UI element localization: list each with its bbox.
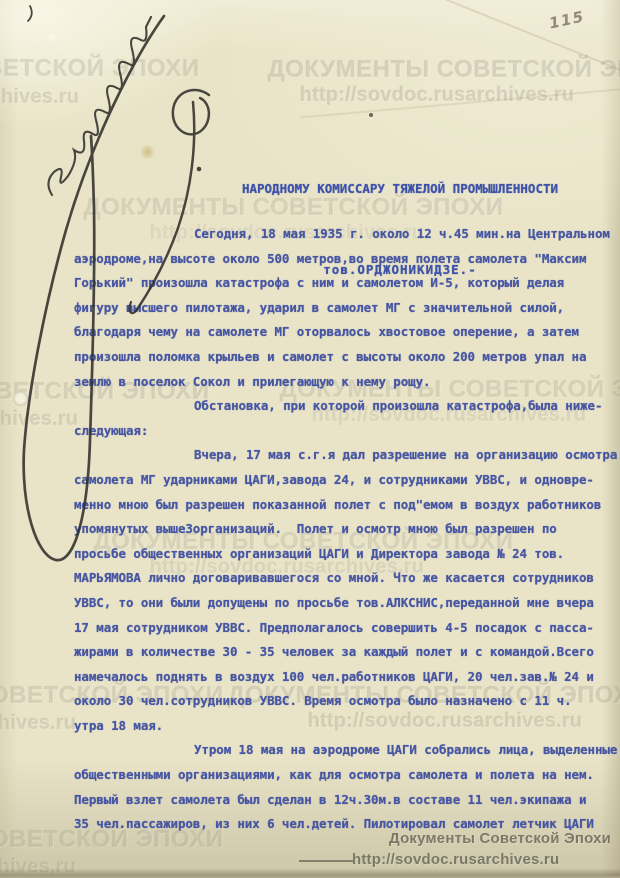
recipient-line: НАРОДНОМУ КОМИССАРУ ТЯЖЕЛОЙ ПРОМЫШЛЕННОС… bbox=[140, 175, 620, 202]
typed-line: Утром 18 мая на аэродроме ЦАГИ собрались… bbox=[74, 738, 618, 763]
typed-line: Обстановка, при которой произошла катаст… bbox=[74, 394, 618, 419]
typed-line: землю в поселок Сокол и прилегающую к не… bbox=[74, 370, 618, 395]
ink-speck bbox=[369, 113, 373, 117]
watermark-url: http://sovdoc.rusarchives.ru bbox=[0, 408, 79, 431]
watermark-url: http://sovdoc.rusarchives.ru bbox=[0, 712, 77, 735]
typed-line: благодаря чему на самолете МГ оторвалось… bbox=[74, 320, 618, 345]
typed-line: следующая: bbox=[74, 419, 618, 444]
scan-edge-shadow bbox=[0, 868, 620, 878]
typed-line: Сегодня, 18 мая 1935 г. около 12 ч.45 ми… bbox=[74, 222, 618, 247]
footer-watermark-url: http://sovdoc.rusarchives.ru bbox=[352, 851, 559, 868]
watermark-title: ДОКУМЕНТЫ СОВЕТСКОЙ ЭПОХИ bbox=[0, 55, 200, 83]
typed-line: жирами в количестве 30 - 35 человек за к… bbox=[74, 640, 618, 665]
watermark-title: ДОКУМЕНТЫ СОВЕТСКОЙ ЭПОХИ bbox=[268, 56, 620, 84]
footer-watermark-title: Документы Советской Эпохи bbox=[389, 830, 611, 847]
typed-line: произошла поломка крыльев и самолет с вы… bbox=[74, 345, 618, 370]
typed-line: УВВС, то они были допущены по просьбе то… bbox=[74, 591, 618, 616]
typed-line: около 30 чел.сотрудников УВВС. Время осм… bbox=[74, 689, 618, 714]
typed-line: Вчера, 17 мая с.г.я дал разрешение на ор… bbox=[74, 443, 618, 468]
typed-line: самолета МГ ударниками ЦАГИ,завода 24, и… bbox=[74, 468, 618, 493]
typed-line: утра 18 мая. bbox=[74, 714, 618, 739]
footer-watermark-dash bbox=[299, 860, 353, 862]
document-scan-page: ДОКУМЕНТЫ СОВЕТСКОЙ ЭПОХИhttp://sovdoc.r… bbox=[0, 0, 620, 878]
typed-line: просьбе общественных организаций ЦАГИ и … bbox=[74, 542, 618, 567]
typed-body: Сегодня, 18 мая 1935 г. около 12 ч.45 ми… bbox=[74, 222, 618, 837]
typed-line: менно мною был разрешен показанной полет… bbox=[74, 493, 618, 518]
small-pen-tick bbox=[28, 6, 32, 21]
typed-line: МАРЬЯМОВА лично договаривавшегося со мно… bbox=[74, 566, 618, 591]
typed-line: общественными организациями, как для осм… bbox=[74, 763, 618, 788]
typed-line: Первый взлет самолета был сделан в 12ч.3… bbox=[74, 788, 618, 813]
typed-line: намечалось поднять в воздух 100 чел.рабо… bbox=[74, 665, 618, 690]
punch-hole bbox=[13, 391, 28, 406]
typed-line: упомянутых выше3организаций. Полет и осм… bbox=[74, 517, 618, 542]
page-number: 115 bbox=[548, 7, 587, 32]
paper-stain bbox=[139, 145, 156, 159]
typed-line: 17 мая сотрудником УВВС. Предполагалось … bbox=[74, 616, 618, 641]
typed-line: фигуру высшего пилотажа, ударил в самоле… bbox=[74, 296, 618, 321]
typed-line: аэродроме,на высоте около 500 метров,во … bbox=[74, 247, 618, 272]
paper-light-spot bbox=[46, 32, 58, 42]
watermark-url: http://sovdoc.rusarchives.ru bbox=[0, 86, 80, 109]
typed-line: Горький" произошла катастрофа с ним и са… bbox=[74, 271, 618, 296]
